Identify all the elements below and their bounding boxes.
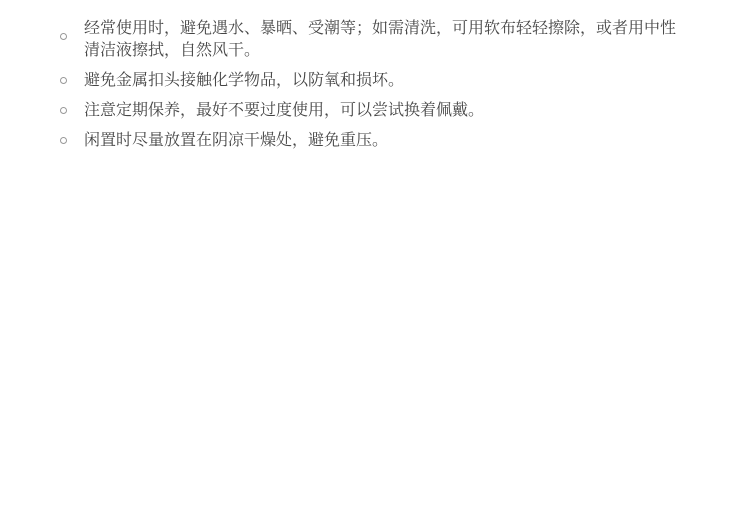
list-item: 避免金属扣头接触化学物品，以防氧和损坏。 <box>0 70 750 92</box>
list-item: 闲置时尽量放置在阴凉干燥处，避免重压。 <box>0 130 750 152</box>
list-item-text: 闲置时尽量放置在阴凉干燥处，避免重压。 <box>84 130 690 152</box>
care-instructions-list: 经常使用时，避免遇水、暴晒、受潮等；如需清洗，可用软布轻轻擦除，或者用中性清洁液… <box>0 0 750 152</box>
list-item-text: 经常使用时，避免遇水、暴晒、受潮等；如需清洗，可用软布轻轻擦除，或者用中性清洁液… <box>84 18 690 62</box>
circle-bullet-icon <box>60 137 67 144</box>
list-item: 经常使用时，避免遇水、暴晒、受潮等；如需清洗，可用软布轻轻擦除，或者用中性清洁液… <box>0 18 750 62</box>
circle-bullet-icon <box>60 77 67 84</box>
list-item-text: 注意定期保养，最好不要过度使用，可以尝试换着佩戴。 <box>84 100 690 122</box>
list-item: 注意定期保养，最好不要过度使用，可以尝试换着佩戴。 <box>0 100 750 122</box>
circle-bullet-icon <box>60 107 67 114</box>
list-item-text: 避免金属扣头接触化学物品，以防氧和损坏。 <box>84 70 690 92</box>
circle-bullet-icon <box>60 33 67 40</box>
